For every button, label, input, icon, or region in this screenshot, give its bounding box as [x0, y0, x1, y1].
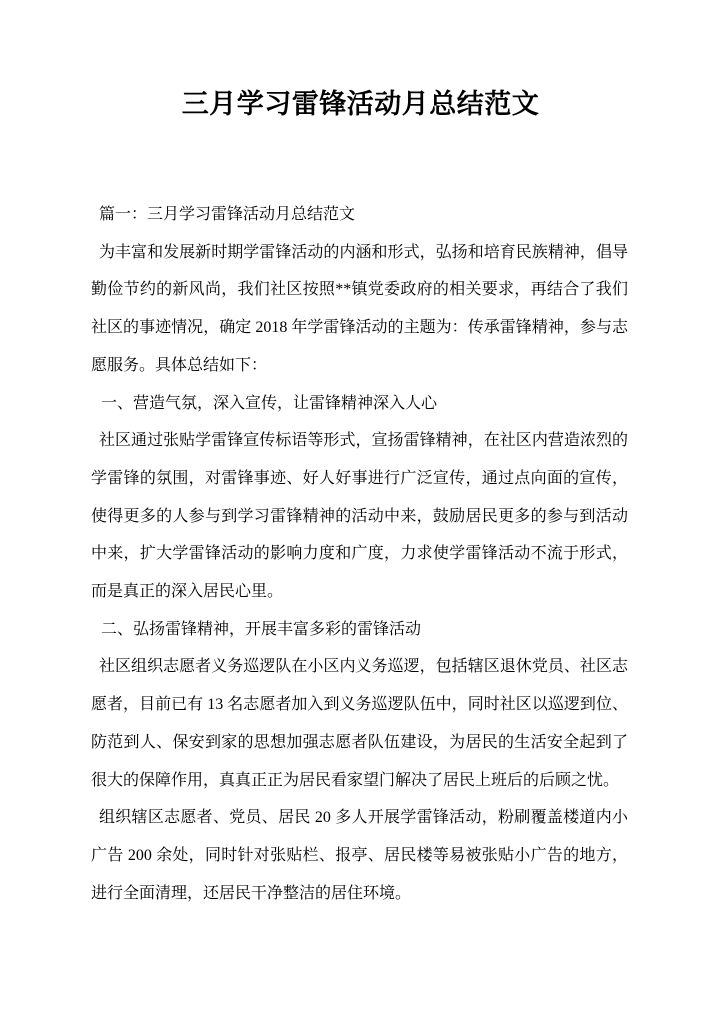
document-title: 三月学习雷锋活动月总结范文	[40, 84, 681, 124]
document-body: 篇一：三月学习雷锋活动月总结范文为丰富和发展新时期学雷锋活动的内涵和形式，弘扬和…	[91, 196, 628, 912]
paragraph-heading: 二、弘扬雷锋精神，开展丰富多彩的雷锋活动	[91, 611, 628, 649]
paragraph-body: 社区组织志愿者义务巡逻队在小区内义务巡逻，包括辖区退休党员、社区志愿者，目前已有…	[91, 648, 628, 799]
paragraph-body: 社区通过张贴学雷锋宣传标语等形式，宣扬雷锋精神，在社区内营造浓烈的学雷锋的氛围，…	[91, 422, 628, 611]
paragraph-heading: 一、营造气氛，深入宣传，让雷锋精神深入人心	[91, 385, 628, 423]
paragraph-body: 组织辖区志愿者、党员、居民 20 多人开展学雷锋活动，粉刷覆盖楼道内小广告 20…	[91, 799, 628, 912]
document-page: 三月学习雷锋活动月总结范文 篇一：三月学习雷锋活动月总结范文为丰富和发展新时期学…	[0, 0, 721, 1020]
paragraph-subtitle: 篇一：三月学习雷锋活动月总结范文	[91, 196, 628, 234]
paragraph-body: 为丰富和发展新时期学雷锋活动的内涵和形式，弘扬和培育民族精神，倡导勤俭节约的新风…	[91, 234, 628, 385]
